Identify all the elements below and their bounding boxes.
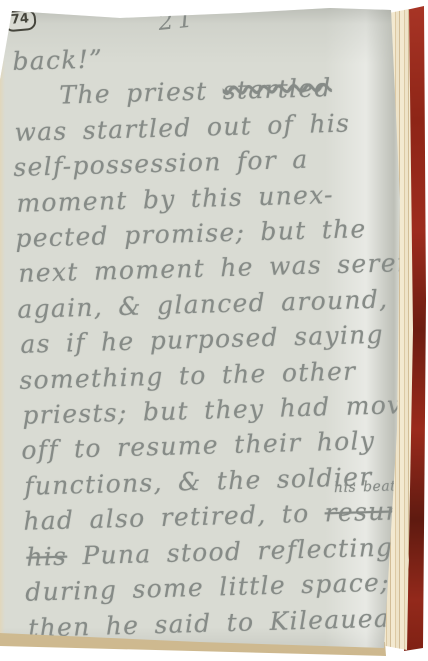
manuscript-text: back!” The priest startled was startled … bbox=[10, 33, 427, 646]
line-text: moment by this unex- bbox=[16, 180, 334, 218]
line-text: Puna stood reflecting, bbox=[67, 532, 403, 570]
page-number: 21 bbox=[157, 4, 198, 36]
line-text: something to the other bbox=[19, 356, 357, 394]
line-text: self-possession for a bbox=[13, 145, 309, 182]
manuscript-page: 74 21 back!” The priest startled was sta… bbox=[0, 0, 428, 661]
line-text: The priest bbox=[59, 76, 223, 110]
stamp-number: 74 bbox=[10, 11, 29, 28]
struck-word: startled bbox=[222, 73, 332, 105]
line-text: had also retired, to bbox=[23, 499, 325, 536]
line-text: back!” bbox=[12, 44, 103, 76]
page-stamp: 74 bbox=[3, 9, 37, 33]
manuscript-photo: 74 21 back!” The priest startled was sta… bbox=[0, 0, 428, 661]
line-text: was startled out of his bbox=[14, 108, 351, 146]
interlined-text: his beat. bbox=[334, 480, 402, 496]
line-text: during some little space; bbox=[25, 568, 390, 607]
struck-word: his bbox=[26, 541, 68, 571]
